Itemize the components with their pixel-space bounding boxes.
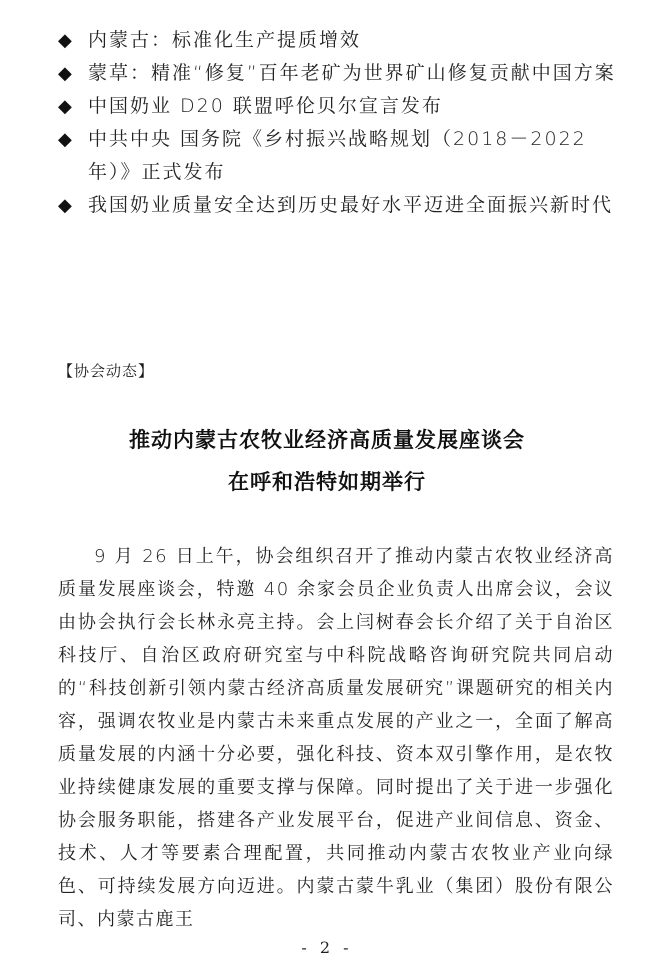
diamond-bullet-icon: ◆ <box>58 90 74 123</box>
bullet-text: 我国奶业质量安全达到历史最好水平迈进全面振兴新时代 <box>88 194 613 216</box>
bullet-item: ◆ 蒙草：精准“修复”百年老矿为世界矿山修复贡献中国方案 <box>58 57 638 90</box>
bullet-item: ◆ 中共中央 国务院《乡村振兴战略规划（2018－2022 年）》正式发布 <box>58 123 638 189</box>
diamond-bullet-icon: ◆ <box>58 123 74 156</box>
page-number: - 2 - <box>0 938 654 957</box>
diamond-bullet-icon: ◆ <box>58 24 74 57</box>
diamond-bullet-icon: ◆ <box>58 57 74 90</box>
bullet-item: ◆ 内蒙古：标准化生产提质增效 <box>58 24 638 57</box>
bullet-text: 内蒙古：标准化生产提质增效 <box>88 29 361 51</box>
bullet-text: 蒙草：精准“修复”百年老矿为世界矿山修复贡献中国方案 <box>88 62 616 84</box>
article-title-line-2: 在呼和浩特如期举行 <box>0 466 654 496</box>
headline-bullet-list: ◆ 内蒙古：标准化生产提质增效 ◆ 蒙草：精准“修复”百年老矿为世界矿山修复贡献… <box>58 24 638 222</box>
diamond-bullet-icon: ◆ <box>58 189 74 222</box>
article-title-line-1: 推动内蒙古农牧业经济高质量发展座谈会 <box>0 424 654 454</box>
bullet-text: 中国奶业 D20 联盟呼伦贝尔宣言发布 <box>88 95 443 117</box>
bullet-text: 中共中央 国务院《乡村振兴战略规划（2018－2022 年）》正式发布 <box>88 128 587 183</box>
section-tag: 【协会动态】 <box>58 360 154 381</box>
bullet-item: ◆ 中国奶业 D20 联盟呼伦贝尔宣言发布 <box>58 90 638 123</box>
article-body: 9 月 26 日上午，协会组织召开了推动内蒙古农牧业经济高质量发展座谈会，特邀 … <box>58 540 614 936</box>
bullet-item: ◆ 我国奶业质量安全达到历史最好水平迈进全面振兴新时代 <box>58 189 638 222</box>
